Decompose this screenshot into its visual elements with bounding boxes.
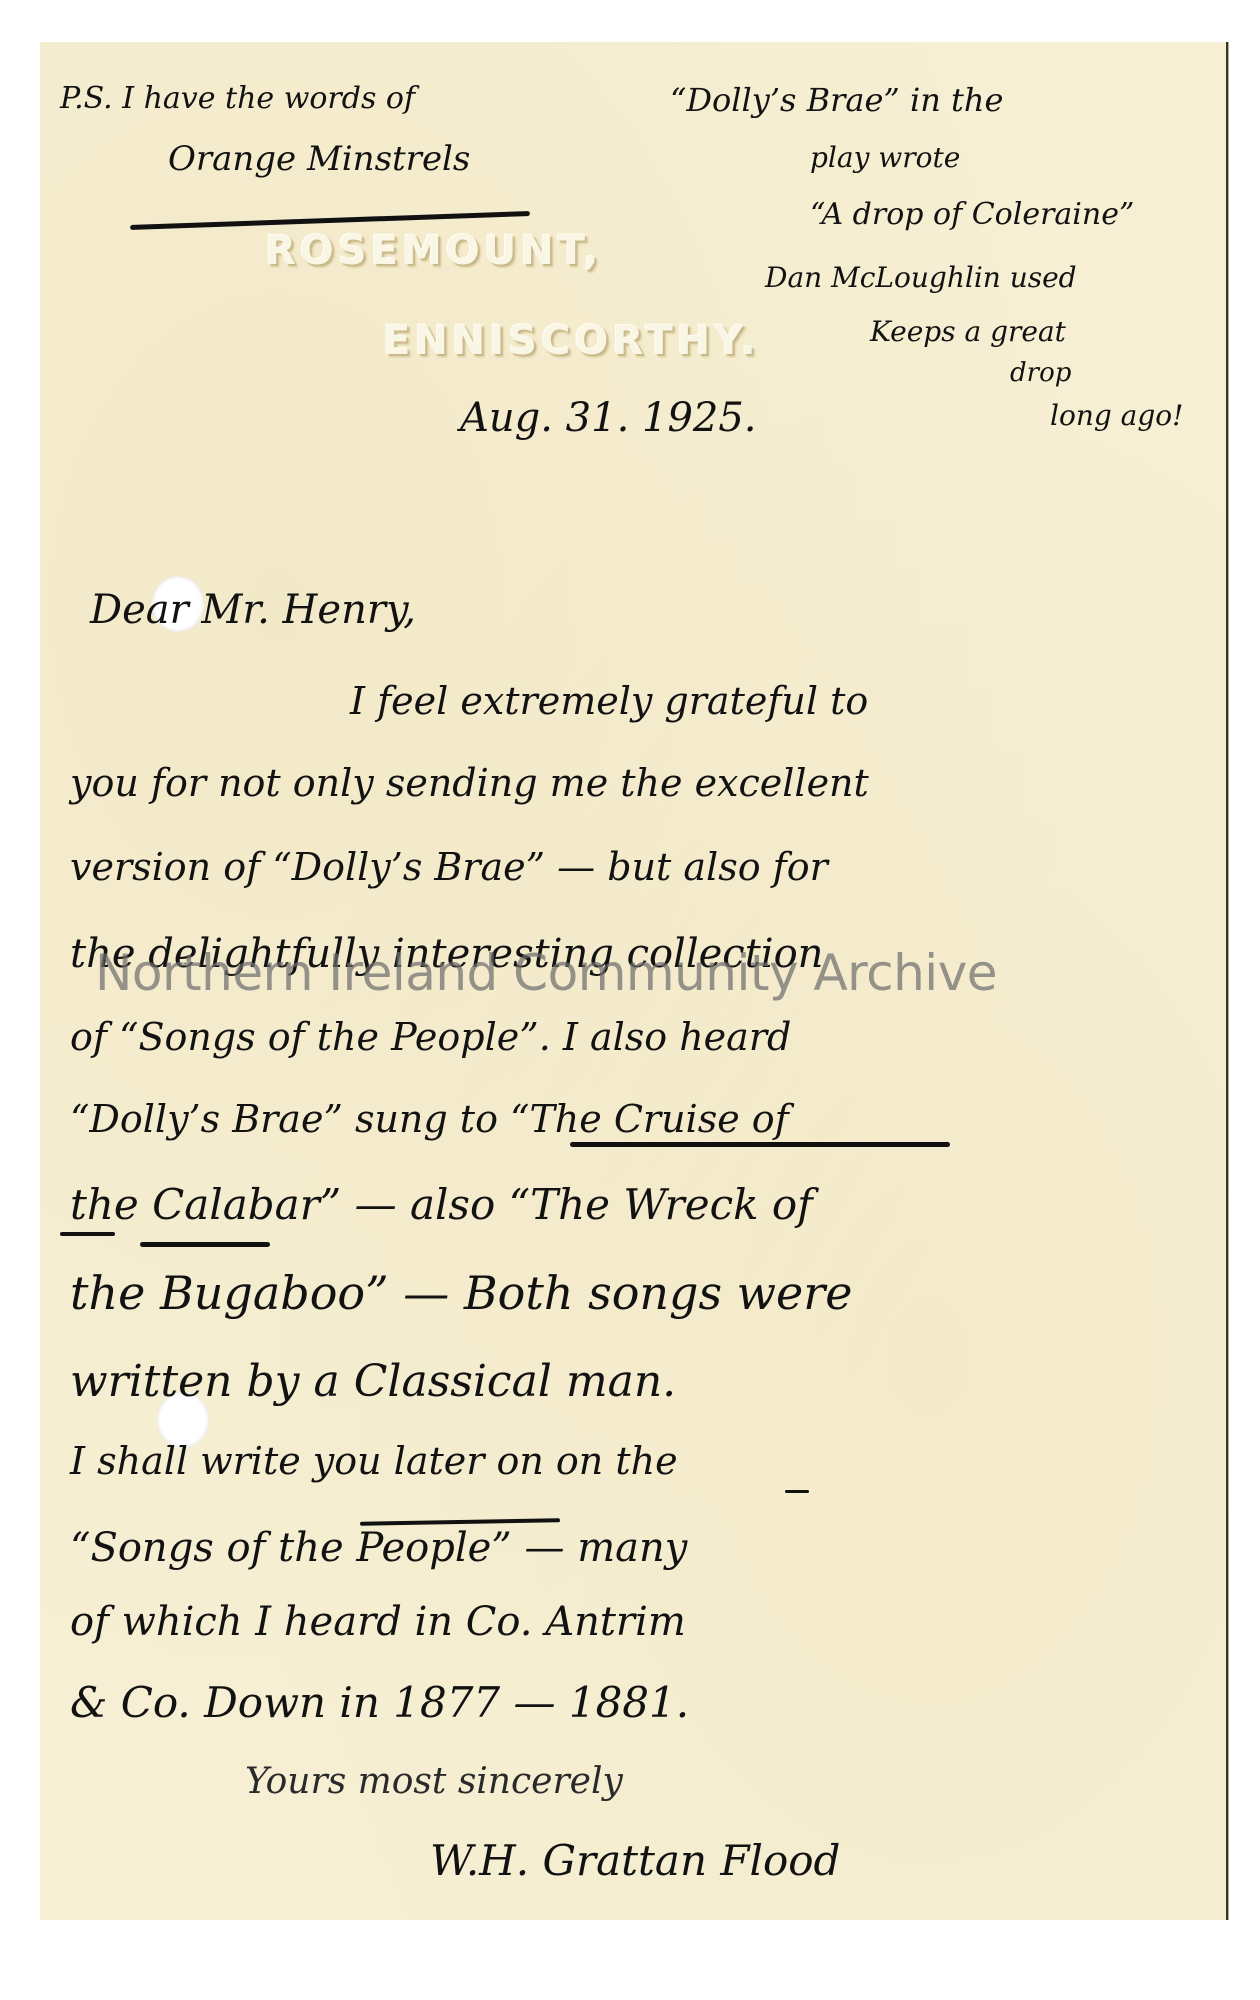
- postscript-line-2: Orange Minstrels: [168, 142, 470, 176]
- body-line-10: I shall write you later on on the: [70, 1442, 678, 1480]
- archive-watermark: Northern Ireland Community Archive: [95, 944, 1215, 1002]
- body-line-11: “Songs of the People” — many: [70, 1528, 687, 1568]
- the-underline: [60, 1232, 115, 1236]
- closing: Yours most sincerely: [245, 1764, 623, 1800]
- body-line-3: version of “Dolly’s Brae” — but also for: [70, 848, 828, 886]
- postscript-right-6: drop: [1010, 360, 1071, 386]
- calabar-underline: [140, 1242, 270, 1247]
- body-line-12: of which I heard in Co. Antrim: [70, 1602, 686, 1642]
- body-line-7: the Calabar” — also “The Wreck of: [70, 1184, 813, 1226]
- body-line-13: & Co. Down in 1877 — 1881.: [70, 1682, 689, 1724]
- body-line-5: of “Songs of the People”. I also heard: [70, 1018, 791, 1056]
- body-line-1: I feel extremely grateful to: [350, 682, 868, 720]
- letter-date: Aug. 31. 1925.: [460, 398, 757, 438]
- body-line-9: written by a Classical man.: [70, 1360, 676, 1404]
- letterhead-enniscorthy: ENNISCORTHY.: [383, 318, 760, 364]
- salutation: Dear Mr. Henry,: [90, 590, 416, 630]
- signature: W.H. Grattan Flood: [430, 1840, 840, 1882]
- postscript-right-5: Keeps a great: [870, 318, 1066, 346]
- letterhead-rosemount: ROSEMOUNT,: [265, 228, 602, 274]
- on-underline: [785, 1490, 809, 1493]
- body-line-8: the Bugaboo” — Both songs were: [70, 1270, 853, 1316]
- postscript-right-2: play wrote: [810, 144, 960, 172]
- body-line-6: “Dolly’s Brae” sung to “The Cruise of: [70, 1100, 789, 1138]
- postscript-right-3: “A drop of Coleraine”: [810, 200, 1134, 230]
- cruise-underline: [570, 1142, 950, 1147]
- postscript-right-4: Dan McLoughlin used: [765, 264, 1077, 292]
- postscript-right-1: “Dolly’s Brae” in the: [670, 84, 1003, 116]
- body-line-2: you for not only sending me the excellen…: [70, 764, 869, 802]
- postscript-right-7: long ago!: [1050, 402, 1183, 430]
- postscript-line-1: P.S. I have the words of: [60, 84, 415, 114]
